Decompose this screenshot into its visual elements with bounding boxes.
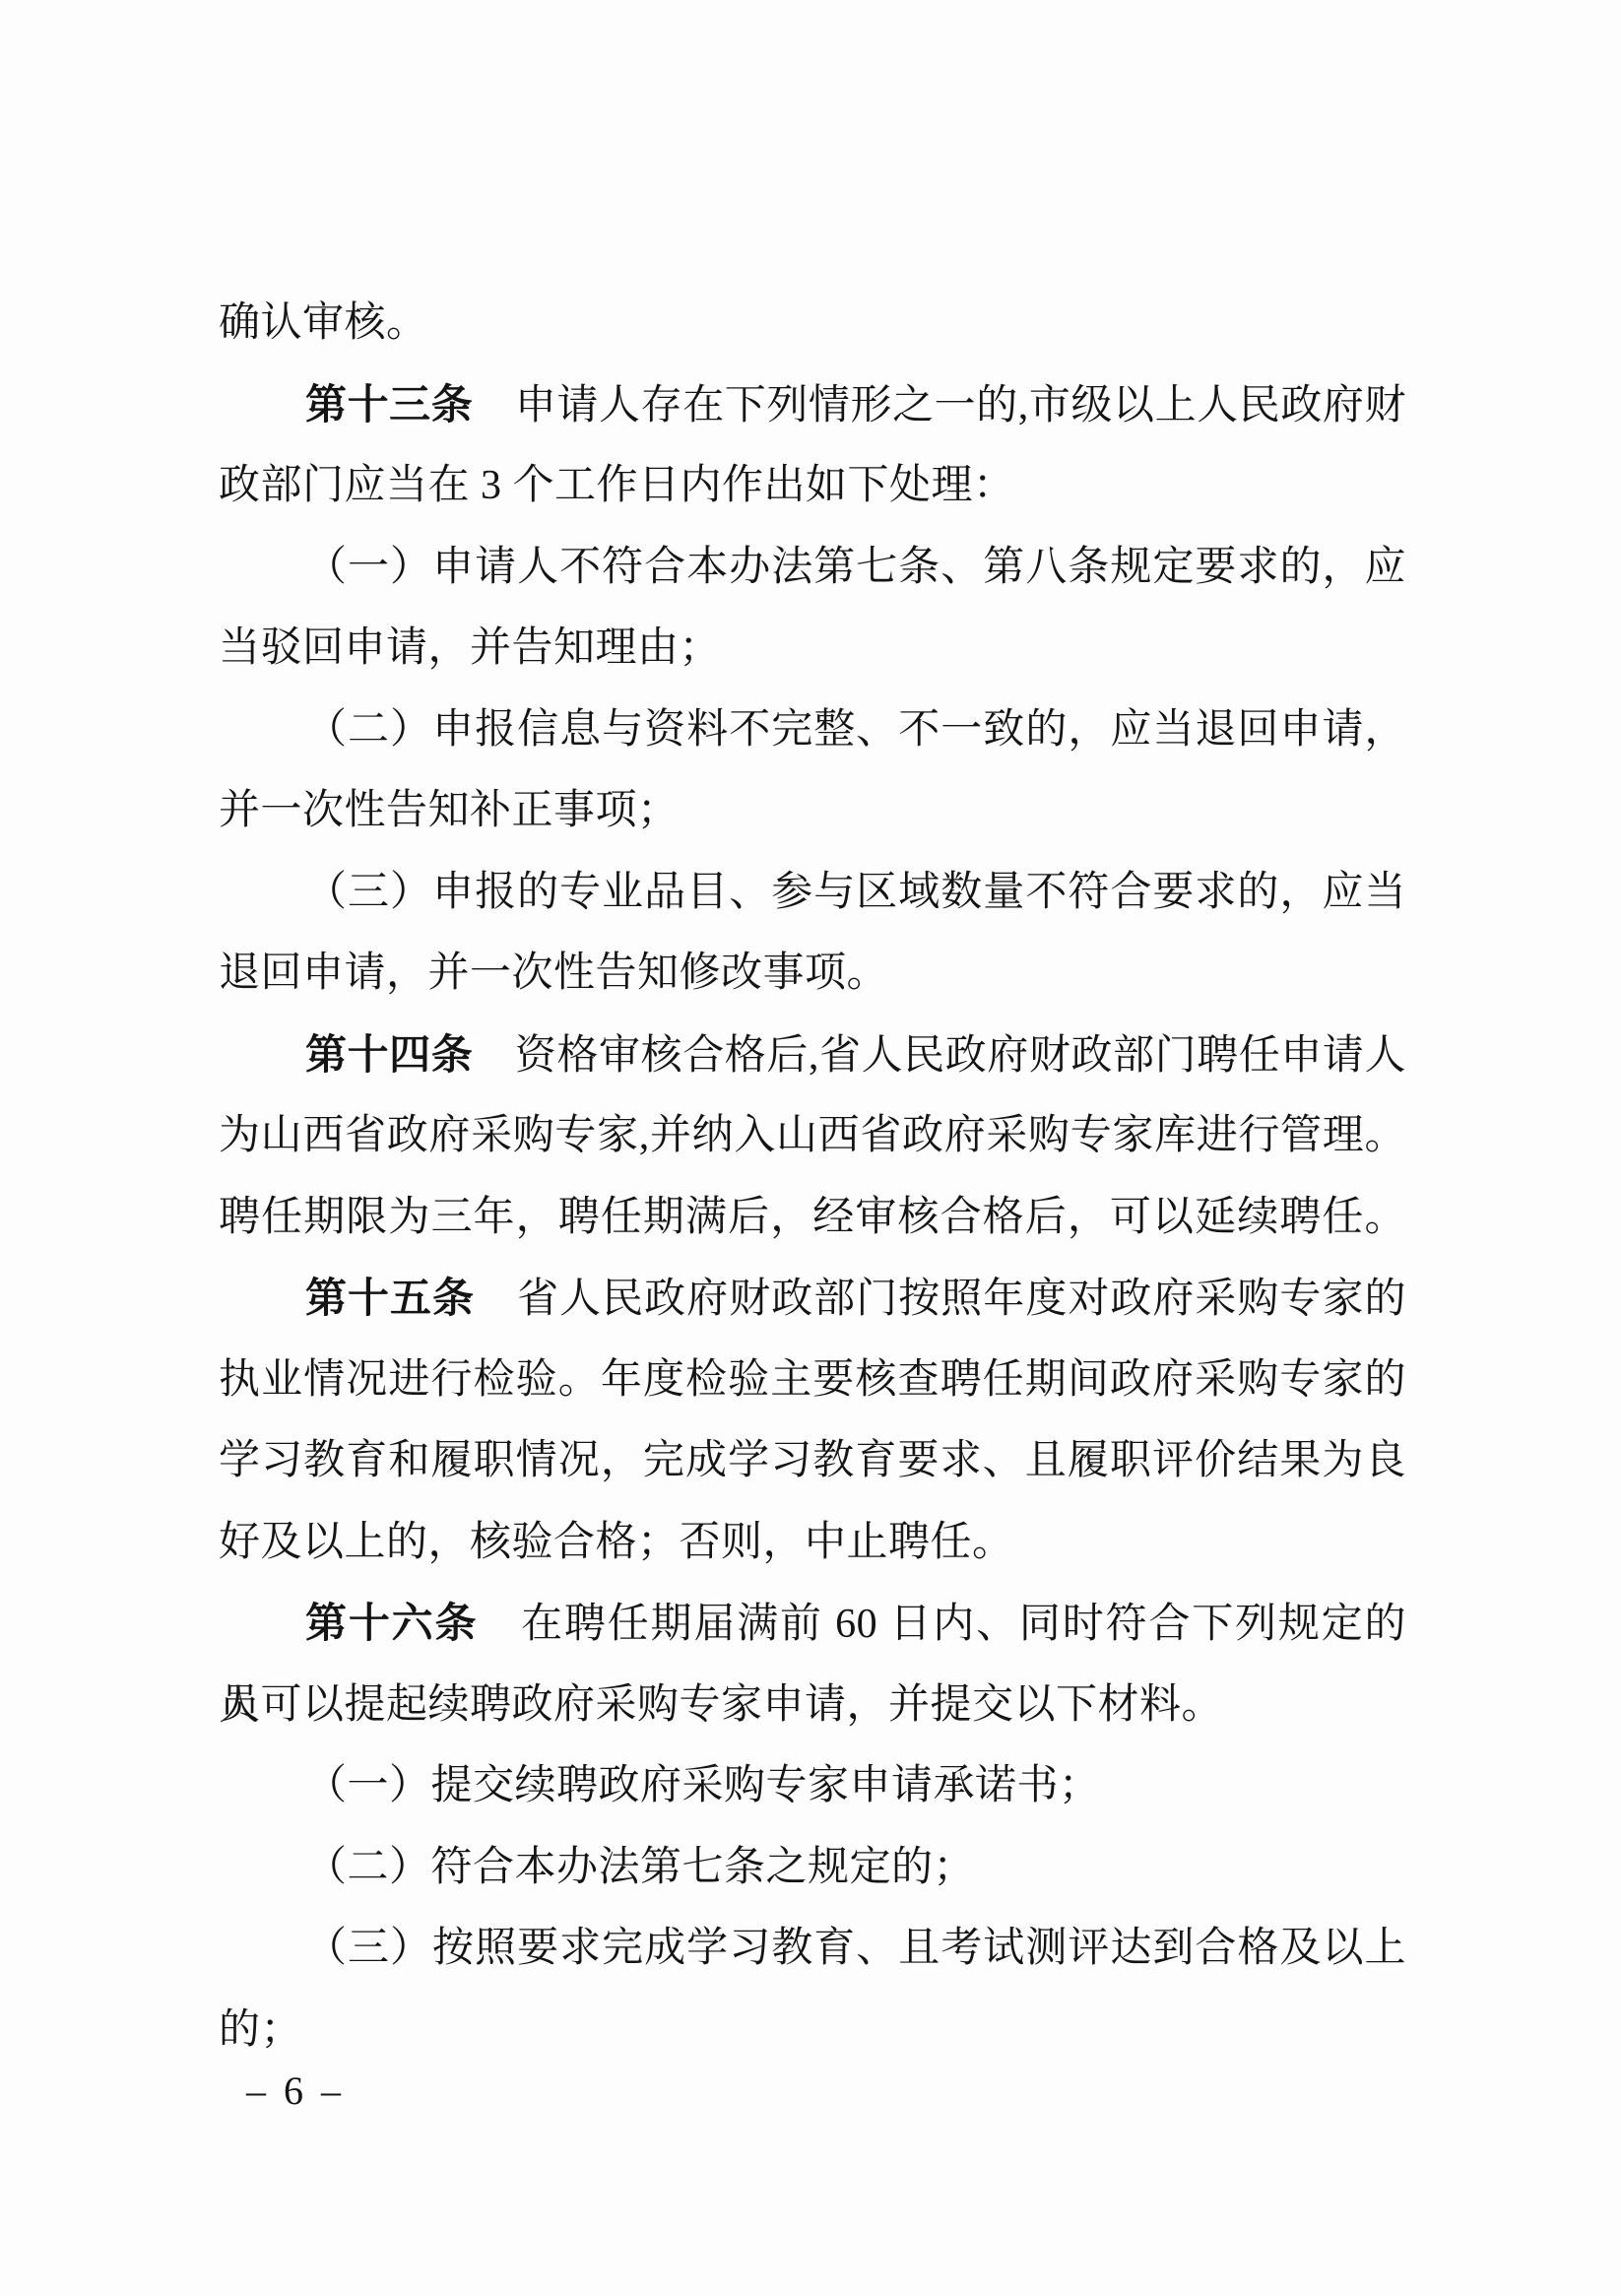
text-line: 学习教育和履职情况，完成学习教育要求、且履职评价结果为良 — [219, 1420, 1406, 1502]
text-line: 执业情况进行检验。年度检验主要核查聘任期间政府采购专家的 — [219, 1340, 1406, 1421]
text-line: （三）申报的专业品目、参与区域数量不符合要求的，应当 — [219, 852, 1406, 934]
text-line: 政部门应当在 3 个工作日内作出如下处理： — [219, 445, 1406, 527]
article-number: 第十六条 — [305, 1600, 478, 1646]
text-line: 的； — [219, 1990, 1406, 2071]
text-line: 第十三条 申请人存在下列情形之一的,市级以上人民政府财 — [219, 364, 1406, 446]
text-line: 为山西省政府采购专家,并纳入山西省政府采购专家库进行管理。 — [219, 1095, 1406, 1177]
article-number: 第十三条 — [305, 381, 473, 427]
text-line: 好及以上的，核验合格；否则，中止聘任。 — [219, 1502, 1406, 1584]
text-line: （一）提交续聘政府采购专家申请承诺书； — [219, 1745, 1406, 1827]
article-number: 第十四条 — [305, 1031, 473, 1078]
document-body: 确认审核。第十三条 申请人存在下列情形之一的,市级以上人民政府财政部门应当在 3… — [219, 283, 1406, 2070]
text-line: 第十四条 资格审核合格后,省人民政府财政部门聘任申请人 — [219, 1015, 1406, 1096]
text-line: （二）申报信息与资料不完整、不一致的，应当退回申请， — [219, 689, 1406, 771]
text-line: 聘任期限为三年，聘任期满后，经审核合格后，可以延续聘任。 — [219, 1177, 1406, 1259]
text-line: 确认审核。 — [219, 283, 1406, 364]
text-line: 员可以提起续聘政府采购专家申请，并提交以下材料。 — [219, 1665, 1406, 1746]
text-line: 退回申请，并一次性告知修改事项。 — [219, 933, 1406, 1015]
text-line: 并一次性告知补正事项； — [219, 770, 1406, 852]
text-line: 第十五条 省人民政府财政部门按照年度对政府采购专家的 — [219, 1258, 1406, 1340]
text-line: （一）申请人不符合本办法第七条、第八条规定要求的，应 — [219, 527, 1406, 609]
article-number: 第十五条 — [305, 1275, 475, 1321]
text-line: （二）符合本办法第七条之规定的； — [219, 1827, 1406, 1909]
text-line: 第十六条 在聘任期届满前 60 日内、同时符合下列规定的人 — [219, 1583, 1406, 1665]
text-line: （三）按照要求完成学习教育、且考试测评达到合格及以上 — [219, 1908, 1406, 1990]
page-number: – 6 – — [246, 2066, 345, 2116]
text-line: 当驳回申请，并告知理由； — [219, 608, 1406, 689]
document-page: 确认审核。第十三条 申请人存在下列情形之一的,市级以上人民政府财政部门应当在 3… — [0, 0, 1621, 2296]
